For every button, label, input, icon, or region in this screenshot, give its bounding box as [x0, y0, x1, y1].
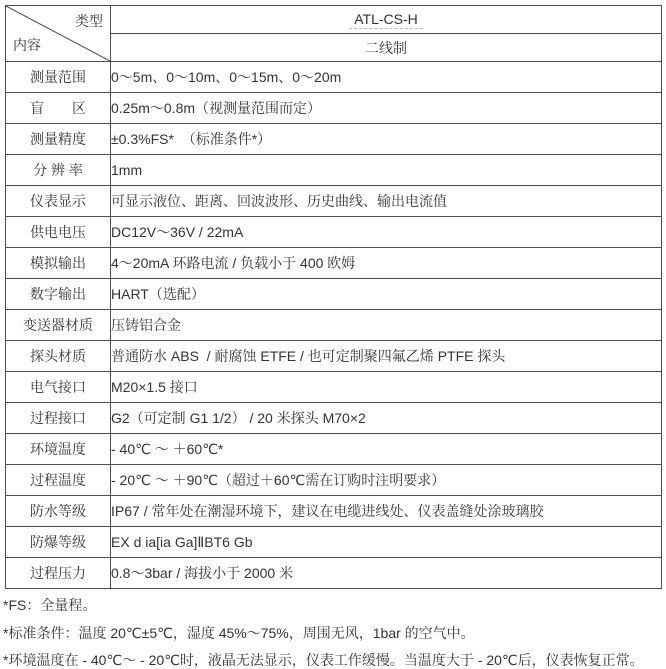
model-name: ATL-CS-H [349, 11, 423, 29]
spec-row-value: 0.25m～0.8m（视测量范围而定） [111, 93, 662, 124]
footnote-line: *标准条件：温度 20℃±5℃，湿度 45%～75%，周围无风，1bar 的空气… [3, 620, 663, 648]
spec-row: 变送器材质 压铸铝合金 [6, 310, 662, 341]
spec-row-label: 防水等级 [6, 496, 111, 527]
spec-row-label: 防爆等级 [6, 527, 111, 558]
spec-row-label: 分 辨 率 [6, 155, 111, 186]
footnote-line: *FS：全量程。 [3, 592, 663, 620]
spec-row: 测量精度 ±0.3%FS* （标准条件*） [6, 124, 662, 155]
spec-row-value: 0～5m、0～10m、0～15m、0～20m [111, 62, 662, 93]
spec-table: 类型 内容 ATL-CS-H 二线制 测量范围 0～5m、0～10m、0～15m… [5, 5, 662, 589]
spec-row-value: IP67 / 常年处在潮湿环境下，建议在电缆进线处、仪表盖缝处涂玻璃胶 [111, 496, 662, 527]
spec-row: 测量范围 0～5m、0～10m、0～15m、0～20m [6, 62, 662, 93]
spec-row-value: 4～20mA 环路电流 / 负载小于 400 欧姆 [111, 248, 662, 279]
corner-header-cell: 类型 内容 [6, 6, 111, 62]
spec-row-label: 变送器材质 [6, 310, 111, 341]
spec-row: 防水等级 IP67 / 常年处在潮湿环境下，建议在电缆进线处、仪表盖缝处涂玻璃胶 [6, 496, 662, 527]
spec-row: 电气接口 M20×1.5 接口 [6, 372, 662, 403]
spec-row-label: 测量精度 [6, 124, 111, 155]
spec-row-label: 数字输出 [6, 279, 111, 310]
spec-row-label: 探头材质 [6, 341, 111, 372]
spec-row-label: 过程压力 [6, 558, 111, 589]
corner-label-type: 类型 [75, 11, 103, 31]
spec-row-label: 盲 区 [6, 93, 111, 124]
spec-row-value: 普通防水 ABS / 耐腐蚀 ETFE / 也可定制聚四氟乙烯 PTFE 探头 [111, 341, 662, 372]
spec-row: 探头材质 普通防水 ABS / 耐腐蚀 ETFE / 也可定制聚四氟乙烯 PTF… [6, 341, 662, 372]
spec-row: 分 辨 率 1mm [6, 155, 662, 186]
spec-row-value: M20×1.5 接口 [111, 372, 662, 403]
spec-row-label: 过程温度 [6, 465, 111, 496]
spec-row: 环境温度 - 40℃ ～ ＋60℃* [6, 434, 662, 465]
spec-row: 过程温度 - 20℃ ～ ＋90℃（超过＋60℃需在订购时注明要求） [6, 465, 662, 496]
spec-row-value: 0.8～3bar / 海拔小于 2000 米 [111, 558, 662, 589]
spec-row-value: 压铸铝合金 [111, 310, 662, 341]
spec-row: 防爆等级 EX d ia[ia Ga]ⅡBT6 Gb [6, 527, 662, 558]
spec-row: 模拟输出 4～20mA 环路电流 / 负载小于 400 欧姆 [6, 248, 662, 279]
spec-row-value: 可显示液位、距离、回波波形、历史曲线、输出电流值 [111, 186, 662, 217]
spec-row-label: 环境温度 [6, 434, 111, 465]
spec-row: 过程接口 G2（可定制 G1 1/2） / 20 米探头 M70×2 [6, 403, 662, 434]
wiring-header-cell: 二线制 [111, 34, 662, 62]
spec-row-value: DC12V～36V / 22mA [111, 217, 662, 248]
spec-sheet: 类型 内容 ATL-CS-H 二线制 测量范围 0～5m、0～10m、0～15m… [0, 0, 666, 669]
spec-row-value: 1mm [111, 155, 662, 186]
header-row-type: 类型 内容 ATL-CS-H [6, 6, 662, 34]
spec-row-value: EX d ia[ia Ga]ⅡBT6 Gb [111, 527, 662, 558]
spec-row: 盲 区 0.25m～0.8m（视测量范围而定） [6, 93, 662, 124]
footnotes: *FS：全量程。*标准条件：温度 20℃±5℃，湿度 45%～75%，周围无风，… [3, 592, 663, 669]
spec-row: 供电电压 DC12V～36V / 22mA [6, 217, 662, 248]
footnote-line: *环境温度在 - 40℃～ - 20℃时，液晶无法显示，仪表工作缓慢。当温度大于… [3, 647, 663, 669]
spec-row-label: 电气接口 [6, 372, 111, 403]
model-header-cell: ATL-CS-H [111, 6, 662, 34]
corner-label-content: 内容 [13, 35, 41, 55]
spec-row-value: - 20℃ ～ ＋90℃（超过＋60℃需在订购时注明要求） [111, 465, 662, 496]
spec-row-value: - 40℃ ～ ＋60℃* [111, 434, 662, 465]
spec-row-label: 供电电压 [6, 217, 111, 248]
spec-row-label: 测量范围 [6, 62, 111, 93]
spec-row-label: 仪表显示 [6, 186, 111, 217]
spec-row-value: G2（可定制 G1 1/2） / 20 米探头 M70×2 [111, 403, 662, 434]
spec-row-label: 过程接口 [6, 403, 111, 434]
spec-row-value: HART（选配） [111, 279, 662, 310]
spec-row: 数字输出 HART（选配） [6, 279, 662, 310]
spec-row-label: 模拟输出 [6, 248, 111, 279]
spec-row: 仪表显示 可显示液位、距离、回波波形、历史曲线、输出电流值 [6, 186, 662, 217]
spec-row: 过程压力 0.8～3bar / 海拔小于 2000 米 [6, 558, 662, 589]
spec-row-value: ±0.3%FS* （标准条件*） [111, 124, 662, 155]
